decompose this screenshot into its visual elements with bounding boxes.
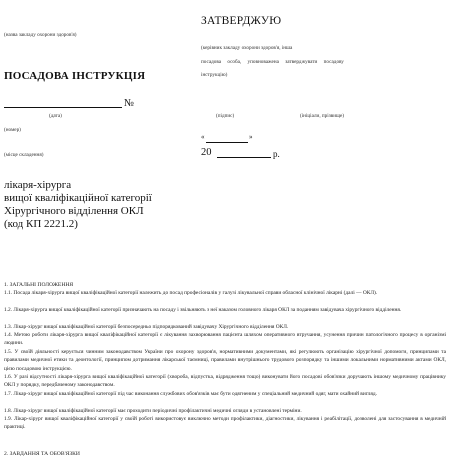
position-line3: Хірургічного відділення ОКЛ <box>4 205 144 218</box>
place-caption: (місце складення) <box>4 152 43 158</box>
paragraph: 1.1. Посада лікаря-хірурга вищої кваліфі… <box>4 289 446 297</box>
initials-caption: (ініціали, прізвище) <box>300 113 344 119</box>
approver-caption-line3: інструкцію) <box>201 72 227 78</box>
approver-caption-line2: посадова особа, уповноважена затверджува… <box>201 59 344 65</box>
year-suffix: р. <box>273 149 280 159</box>
paragraph: 1.2. Лікаря-хірурга вищої кваліфікаційно… <box>4 306 446 314</box>
section-heading: 2. ЗАВДАННЯ ТА ОБОВ'ЯЗКИ <box>4 451 80 457</box>
year-prefix: 20 <box>201 147 212 158</box>
paragraph: 1.5. У своїй діяльності керується чинним… <box>4 348 446 373</box>
paragraph: 1.7. Лікар-хірург вищої кваліфікаційної … <box>4 390 446 398</box>
signature-caption: (підпис) <box>216 113 234 119</box>
date-caption: (дата) <box>49 113 62 119</box>
document-title: ПОСАДОВА ІНСТРУКЦІЯ <box>4 70 145 82</box>
number-caption: (номер) <box>4 127 21 133</box>
number-sign: № <box>124 98 134 109</box>
approve-label: ЗАТВЕРДЖУЮ <box>201 15 281 27</box>
position-line2: вищої кваліфікаційної категорії <box>4 192 152 205</box>
section-heading: 1. ЗАГАЛЬНІ ПОЛОЖЕННЯ <box>4 282 73 288</box>
date-line <box>4 107 122 108</box>
position-line4: (код КП 2221.2) <box>4 218 78 231</box>
date-close-quote: » <box>249 133 253 141</box>
paragraph: 1.6. У разі відсутності лікаря-хірурга в… <box>4 373 446 390</box>
year-line <box>217 157 271 158</box>
approver-caption-line1: (керівник закладу охорони здоров'я, інша <box>201 45 292 51</box>
day-line <box>206 142 248 143</box>
date-open-quote: « <box>201 133 205 141</box>
paragraph: 1.4. Метою роботи лікаря-хірурга вищої к… <box>4 331 446 348</box>
position-line1: лікаря-хірурга <box>4 179 71 192</box>
paragraph: 1.9. Лікар-хірург вищої кваліфікаційної … <box>4 415 446 432</box>
institution-caption: (назва закладу охорони здоров'я) <box>4 32 77 38</box>
